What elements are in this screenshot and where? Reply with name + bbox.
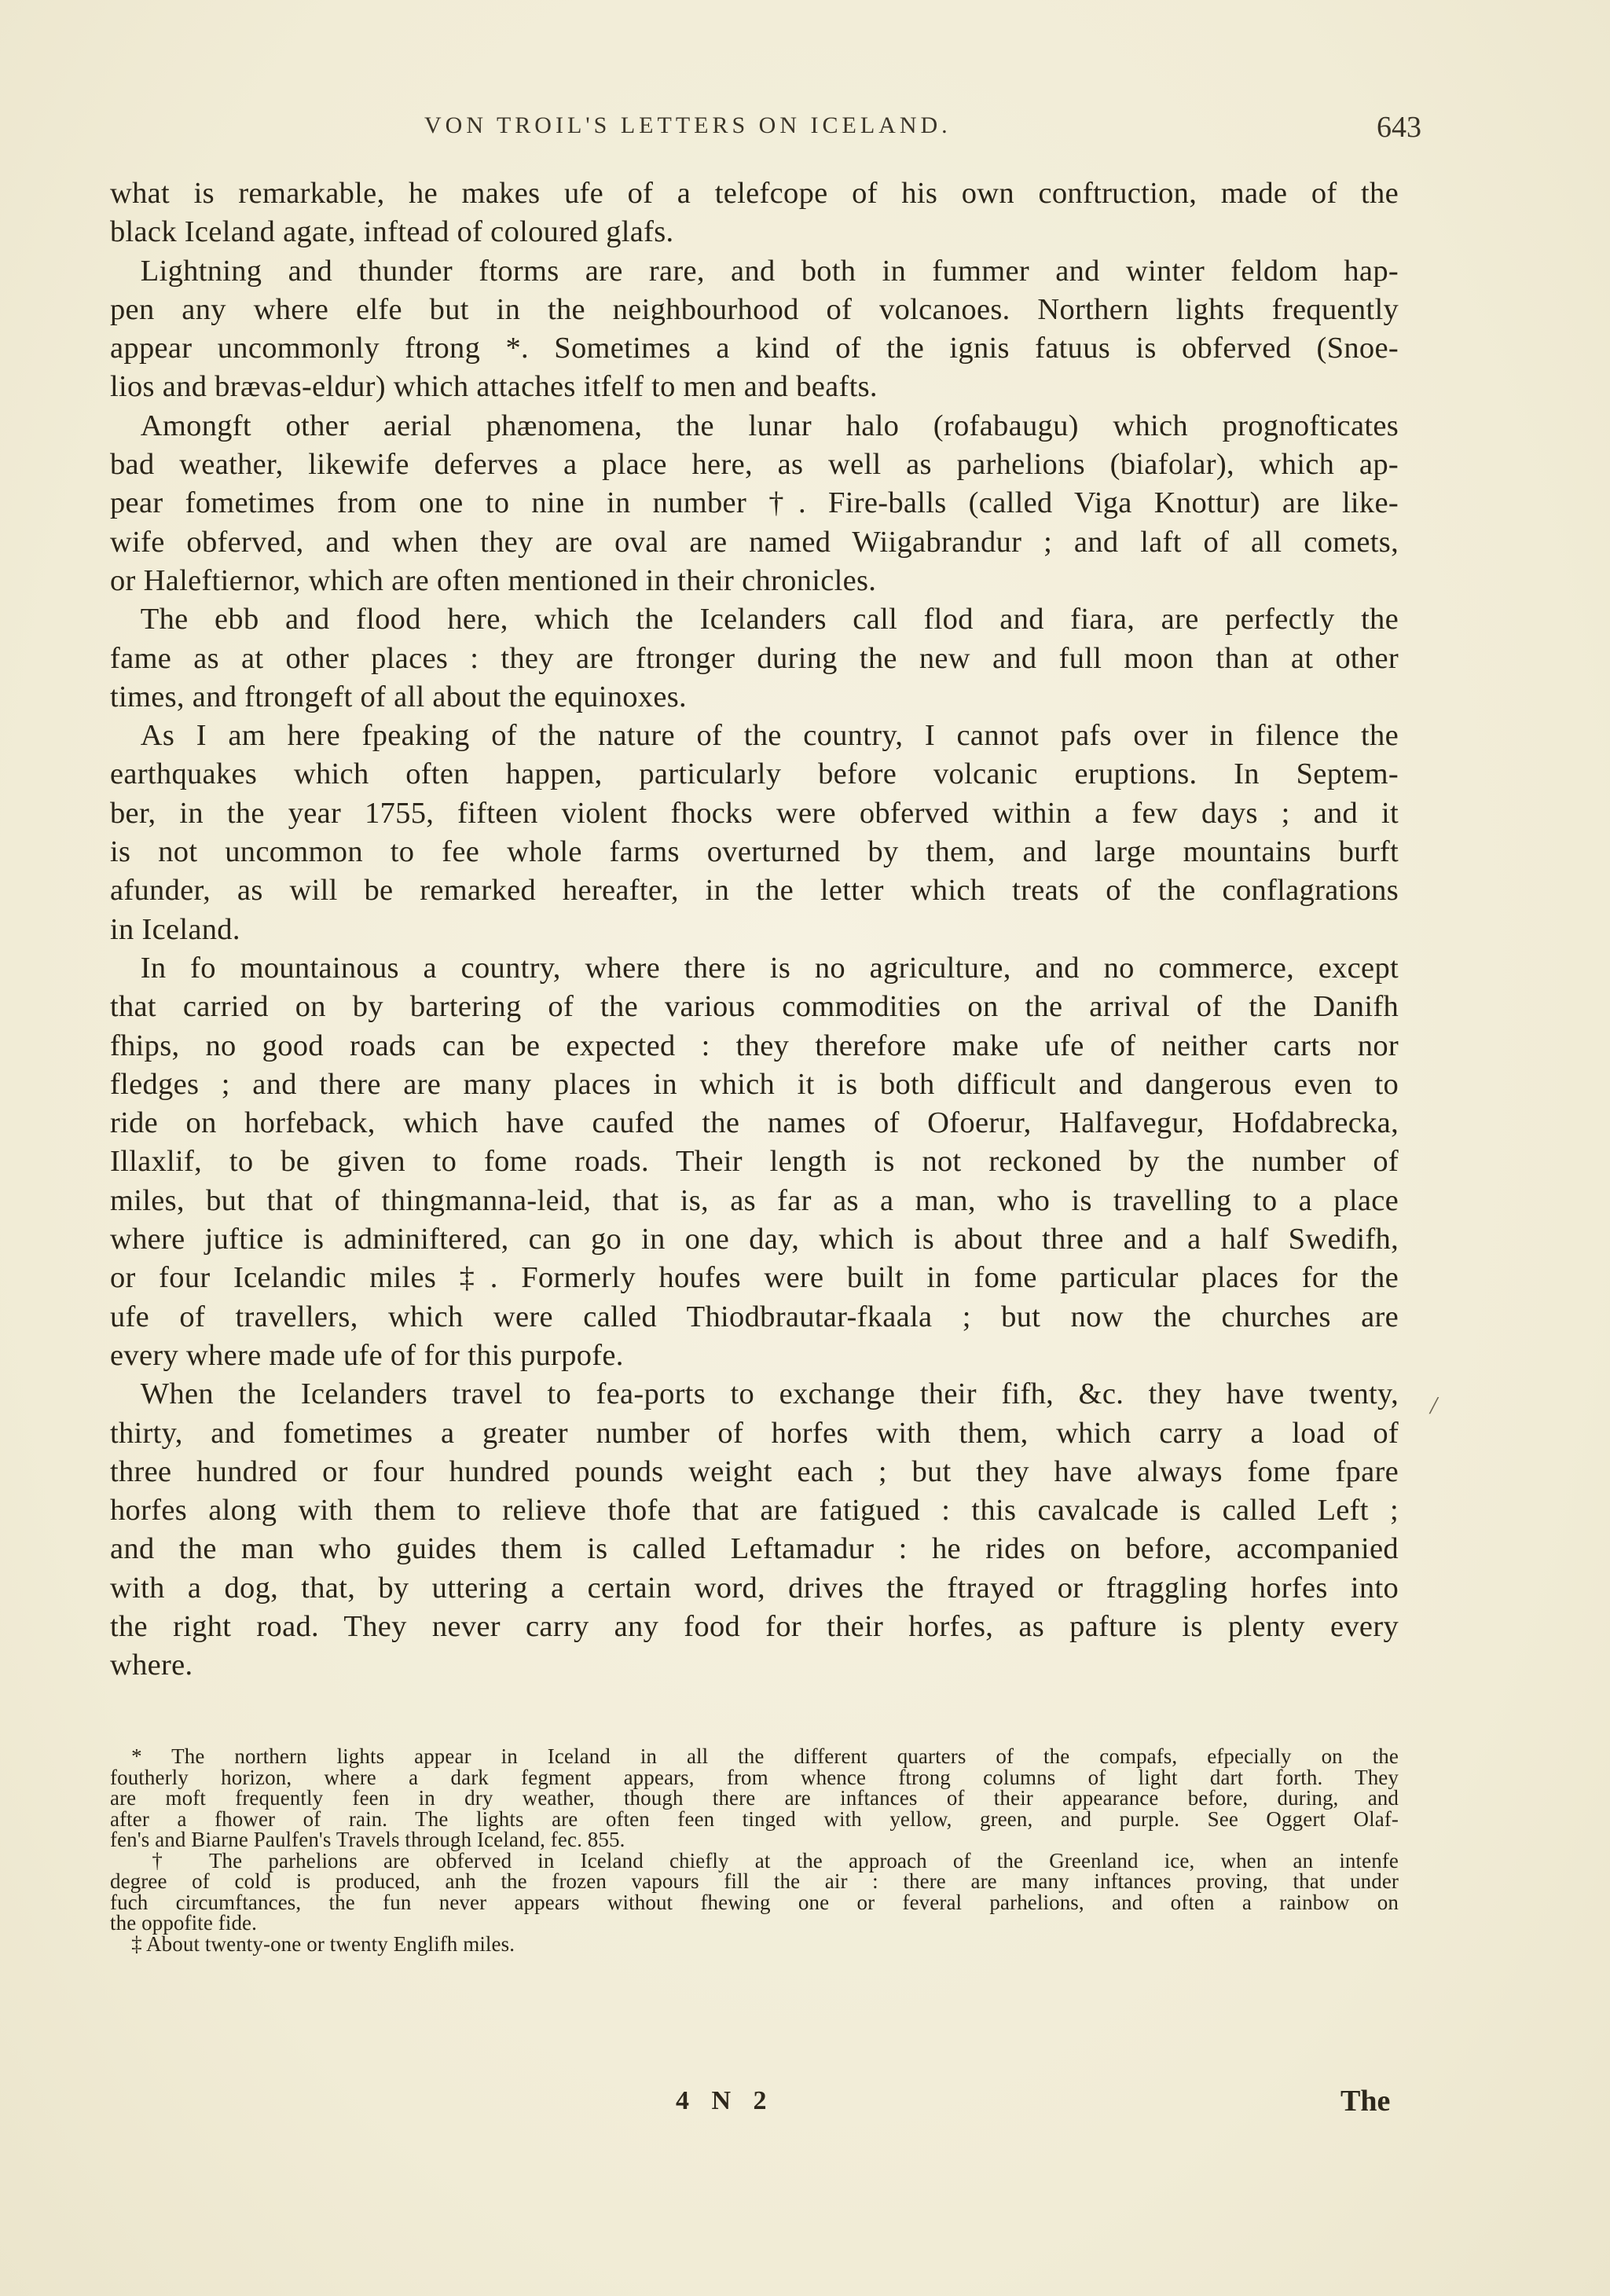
body-line: fhips, no good roads can be expected : t… [110, 1027, 1399, 1065]
body-line: thirty, and fometimes a greater number o… [110, 1414, 1399, 1453]
body-line: that carried on by bartering of the vari… [110, 988, 1399, 1026]
footnote-line: * The northern lights appear in Iceland … [110, 1746, 1399, 1767]
body-line: is not uncommon to fee whole farms overt… [110, 833, 1399, 871]
body-text: what is remarkable, he makes ufe of a te… [110, 174, 1399, 1685]
body-line: earthquakes which often happen, particul… [110, 755, 1399, 794]
body-line: or Haleftiernor, which are often mention… [110, 562, 1399, 600]
body-line: Amongft other aerial phænomena, the luna… [110, 407, 1399, 446]
footnote-line: are moft frequently feen in dry weather,… [110, 1788, 1399, 1809]
running-title: VON TROIL's LETTERS ON ICELAND. [424, 112, 952, 139]
footnotes: * The northern lights appear in Iceland … [110, 1746, 1399, 1954]
body-line: fledges ; and there are many places in w… [110, 1065, 1399, 1104]
body-line: appear uncommonly ftrong *. Sometimes a … [110, 329, 1399, 368]
footnote-line: fen's and Biarne Paulfen's Travels throu… [110, 1829, 1399, 1850]
body-line: ride on horfeback, which have caufed the… [110, 1104, 1399, 1142]
footnote-line: fuch circumftances, the fun never appear… [110, 1892, 1399, 1913]
body-line: In fo mountainous a country, where there… [110, 949, 1399, 988]
body-line: horfes along with them to relieve thofe … [110, 1491, 1399, 1530]
body-line: in Iceland. [110, 911, 1399, 949]
footnote-line: ‡ About twenty-one or twenty Englifh mil… [110, 1934, 1399, 1955]
catchword: The [1340, 2084, 1390, 2118]
margin-pencil-mark: / [1430, 1391, 1437, 1420]
body-line: wife obferved, and when they are oval ar… [110, 523, 1399, 562]
body-line: where. [110, 1646, 1399, 1685]
footnote-line: foutherly horizon, where a dark fegment … [110, 1767, 1399, 1788]
body-line: where juftice is adminiftered, can go in… [110, 1220, 1399, 1259]
body-line: lios and brævas-eldur) which attaches it… [110, 368, 1399, 406]
body-line: Illaxlif, to be given to fome roads. The… [110, 1142, 1399, 1181]
body-line: what is remarkable, he makes ufe of a te… [110, 174, 1399, 213]
body-line: with a dog, that, by uttering a certain … [110, 1569, 1399, 1608]
body-line: miles, but that of thingmanna-leid, that… [110, 1182, 1399, 1220]
body-line: The ebb and flood here, which the Icelan… [110, 600, 1399, 639]
body-line: As I am here fpeaking of the nature of t… [110, 717, 1399, 755]
body-line: Lightning and thunder ftorms are rare, a… [110, 252, 1399, 291]
body-line: every where made ufe of for this purpofe… [110, 1337, 1399, 1375]
footnote-line: † The parhelions are obferved in Iceland… [110, 1850, 1399, 1872]
body-line: black Iceland agate, inftead of coloured… [110, 213, 1399, 251]
footnote-line: after a fhower of rain. The lights are o… [110, 1809, 1399, 1830]
footnote-line: degree of cold is produced, anh the froz… [110, 1871, 1399, 1892]
body-line: times, and ftrongeft of all about the eq… [110, 678, 1399, 717]
body-line: ber, in the year 1755, fifteen violent f… [110, 794, 1399, 833]
body-line: pen any where elfe but in the neighbourh… [110, 291, 1399, 329]
body-line: and the man who guides them is called Le… [110, 1530, 1399, 1568]
body-line: the right road. They never carry any foo… [110, 1608, 1399, 1646]
body-line: three hundred or four hundred pounds wei… [110, 1453, 1399, 1491]
page-number: 643 [1377, 110, 1421, 145]
body-line: When the Icelanders travel to fea-ports … [110, 1375, 1399, 1414]
body-line: fame as at other places : they are ftron… [110, 640, 1399, 678]
printer-signature-mark: 4 N 2 [676, 2086, 775, 2116]
body-line: or four Icelandic miles ‡. Formerly houf… [110, 1259, 1399, 1297]
body-line: bad weather, likewife deferves a place h… [110, 446, 1399, 484]
footnote-line: the oppofite fide. [110, 1913, 1399, 1934]
body-line: pear fometimes from one to nine in numbe… [110, 484, 1399, 523]
body-line: ufe of travellers, which were called Thi… [110, 1298, 1399, 1337]
book-page: VON TROIL's LETTERS ON ICELAND. 643 what… [0, 0, 1610, 2296]
body-line: afunder, as will be remarked hereafter, … [110, 871, 1399, 910]
